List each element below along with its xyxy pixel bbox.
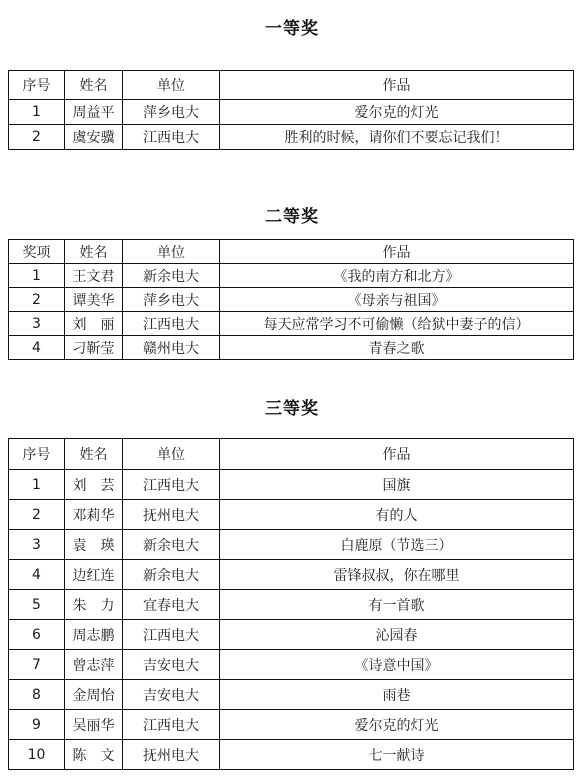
cell-name: 谭美华 [65, 288, 123, 312]
cell-name: 吴丽华 [65, 710, 123, 740]
cell-name: 刁靳莹 [65, 336, 123, 360]
header-award: 奖项 [9, 240, 65, 264]
cell-index: 1 [9, 100, 65, 125]
cell-name: 刘 芸 [65, 470, 123, 500]
cell-unit: 萍乡电大 [123, 288, 220, 312]
cell-work: 《诗意中国》 [220, 650, 574, 680]
cell-unit: 江西电大 [123, 710, 220, 740]
header-index: 序号 [9, 71, 65, 100]
cell-unit: 宜春电大 [123, 590, 220, 620]
cell-work: 爱尔克的灯光 [220, 710, 574, 740]
cell-work: 雨巷 [220, 680, 574, 710]
cell-unit: 江西电大 [123, 125, 220, 150]
table-row: 4 刁靳莹 赣州电大 青春之歌 [9, 336, 574, 360]
first-prize-title: 一等奖 [0, 14, 584, 39]
cell-index: 3 [9, 312, 65, 336]
cell-name: 袁 瑛 [65, 530, 123, 560]
header-work: 作品 [220, 71, 574, 100]
cell-work: 沁园春 [220, 620, 574, 650]
cell-work: 七一献诗 [220, 740, 574, 770]
cell-name: 王文君 [65, 264, 123, 288]
first-prize-table: 序号 姓名 单位 作品 1 周益平 萍乡电大 爱尔克的灯光 2 虞安骥 江西电大… [8, 70, 574, 150]
cell-work: 有的人 [220, 500, 574, 530]
header-name: 姓名 [65, 240, 123, 264]
cell-index: 3 [9, 530, 65, 560]
cell-index: 8 [9, 680, 65, 710]
cell-unit: 江西电大 [123, 620, 220, 650]
cell-unit: 新余电大 [123, 264, 220, 288]
second-prize-title: 二等奖 [0, 202, 584, 227]
cell-unit: 新余电大 [123, 530, 220, 560]
cell-name: 金周怡 [65, 680, 123, 710]
table-row: 7 曾志萍 吉安电大 《诗意中国》 [9, 650, 574, 680]
cell-work: 有一首歌 [220, 590, 574, 620]
table-row: 1 刘 芸 江西电大 国旗 [9, 470, 574, 500]
table-row: 4 边红连 新余电大 雷锋叔叔，你在哪里 [9, 560, 574, 590]
cell-index: 2 [9, 288, 65, 312]
cell-unit: 吉安电大 [123, 680, 220, 710]
cell-index: 9 [9, 710, 65, 740]
cell-index: 1 [9, 264, 65, 288]
header-work: 作品 [220, 439, 574, 470]
table-row: 2 虞安骥 江西电大 胜利的时候，请你们不要忘记我们！ [9, 125, 574, 150]
cell-work: 雷锋叔叔，你在哪里 [220, 560, 574, 590]
header-name: 姓名 [65, 71, 123, 100]
cell-name: 曾志萍 [65, 650, 123, 680]
third-prize-table: 序号 姓名 单位 作品 1 刘 芸 江西电大 国旗 2 邓莉华 抚州电大 有的人… [8, 438, 574, 770]
cell-name: 周益平 [65, 100, 123, 125]
cell-index: 5 [9, 590, 65, 620]
cell-unit: 抚州电大 [123, 740, 220, 770]
table-header-row: 序号 姓名 单位 作品 [9, 439, 574, 470]
header-unit: 单位 [123, 439, 220, 470]
header-unit: 单位 [123, 71, 220, 100]
cell-work: 胜利的时候，请你们不要忘记我们！ [220, 125, 574, 150]
cell-unit: 萍乡电大 [123, 100, 220, 125]
table-row: 6 周志鹏 江西电大 沁园春 [9, 620, 574, 650]
cell-name: 虞安骥 [65, 125, 123, 150]
table-row: 2 邓莉华 抚州电大 有的人 [9, 500, 574, 530]
second-prize-table: 奖项 姓名 单位 作品 1 王文君 新余电大 《我的南方和北方》 2 谭美华 萍… [8, 239, 574, 360]
table-row: 8 金周怡 吉安电大 雨巷 [9, 680, 574, 710]
table-row: 3 袁 瑛 新余电大 白鹿原（节选三） [9, 530, 574, 560]
cell-index: 10 [9, 740, 65, 770]
cell-work: 《母亲与祖国》 [220, 288, 574, 312]
cell-index: 2 [9, 125, 65, 150]
cell-work: 每天应常学习不可偷懒（给狱中妻子的信） [220, 312, 574, 336]
header-name: 姓名 [65, 439, 123, 470]
cell-index: 4 [9, 560, 65, 590]
cell-work: 爱尔克的灯光 [220, 100, 574, 125]
table-header-row: 奖项 姓名 单位 作品 [9, 240, 574, 264]
header-index: 序号 [9, 439, 65, 470]
table-row: 1 周益平 萍乡电大 爱尔克的灯光 [9, 100, 574, 125]
table-row: 1 王文君 新余电大 《我的南方和北方》 [9, 264, 574, 288]
cell-unit: 吉安电大 [123, 650, 220, 680]
cell-name: 边红连 [65, 560, 123, 590]
header-unit: 单位 [123, 240, 220, 264]
cell-unit: 新余电大 [123, 560, 220, 590]
table-row: 9 吴丽华 江西电大 爱尔克的灯光 [9, 710, 574, 740]
header-work: 作品 [220, 240, 574, 264]
cell-name: 刘 丽 [65, 312, 123, 336]
cell-index: 7 [9, 650, 65, 680]
table-header-row: 序号 姓名 单位 作品 [9, 71, 574, 100]
cell-work: 青春之歌 [220, 336, 574, 360]
table-row: 10 陈 文 抚州电大 七一献诗 [9, 740, 574, 770]
cell-work: 《我的南方和北方》 [220, 264, 574, 288]
cell-unit: 江西电大 [123, 470, 220, 500]
cell-work: 国旗 [220, 470, 574, 500]
cell-index: 2 [9, 500, 65, 530]
cell-unit: 赣州电大 [123, 336, 220, 360]
cell-name: 邓莉华 [65, 500, 123, 530]
cell-index: 1 [9, 470, 65, 500]
cell-index: 4 [9, 336, 65, 360]
table-row: 5 朱 力 宜春电大 有一首歌 [9, 590, 574, 620]
cell-unit: 抚州电大 [123, 500, 220, 530]
cell-work: 白鹿原（节选三） [220, 530, 574, 560]
cell-name: 朱 力 [65, 590, 123, 620]
cell-index: 6 [9, 620, 65, 650]
table-row: 3 刘 丽 江西电大 每天应常学习不可偷懒（给狱中妻子的信） [9, 312, 574, 336]
table-row: 2 谭美华 萍乡电大 《母亲与祖国》 [9, 288, 574, 312]
cell-name: 周志鹏 [65, 620, 123, 650]
cell-unit: 江西电大 [123, 312, 220, 336]
cell-name: 陈 文 [65, 740, 123, 770]
third-prize-title: 三等奖 [0, 394, 584, 419]
